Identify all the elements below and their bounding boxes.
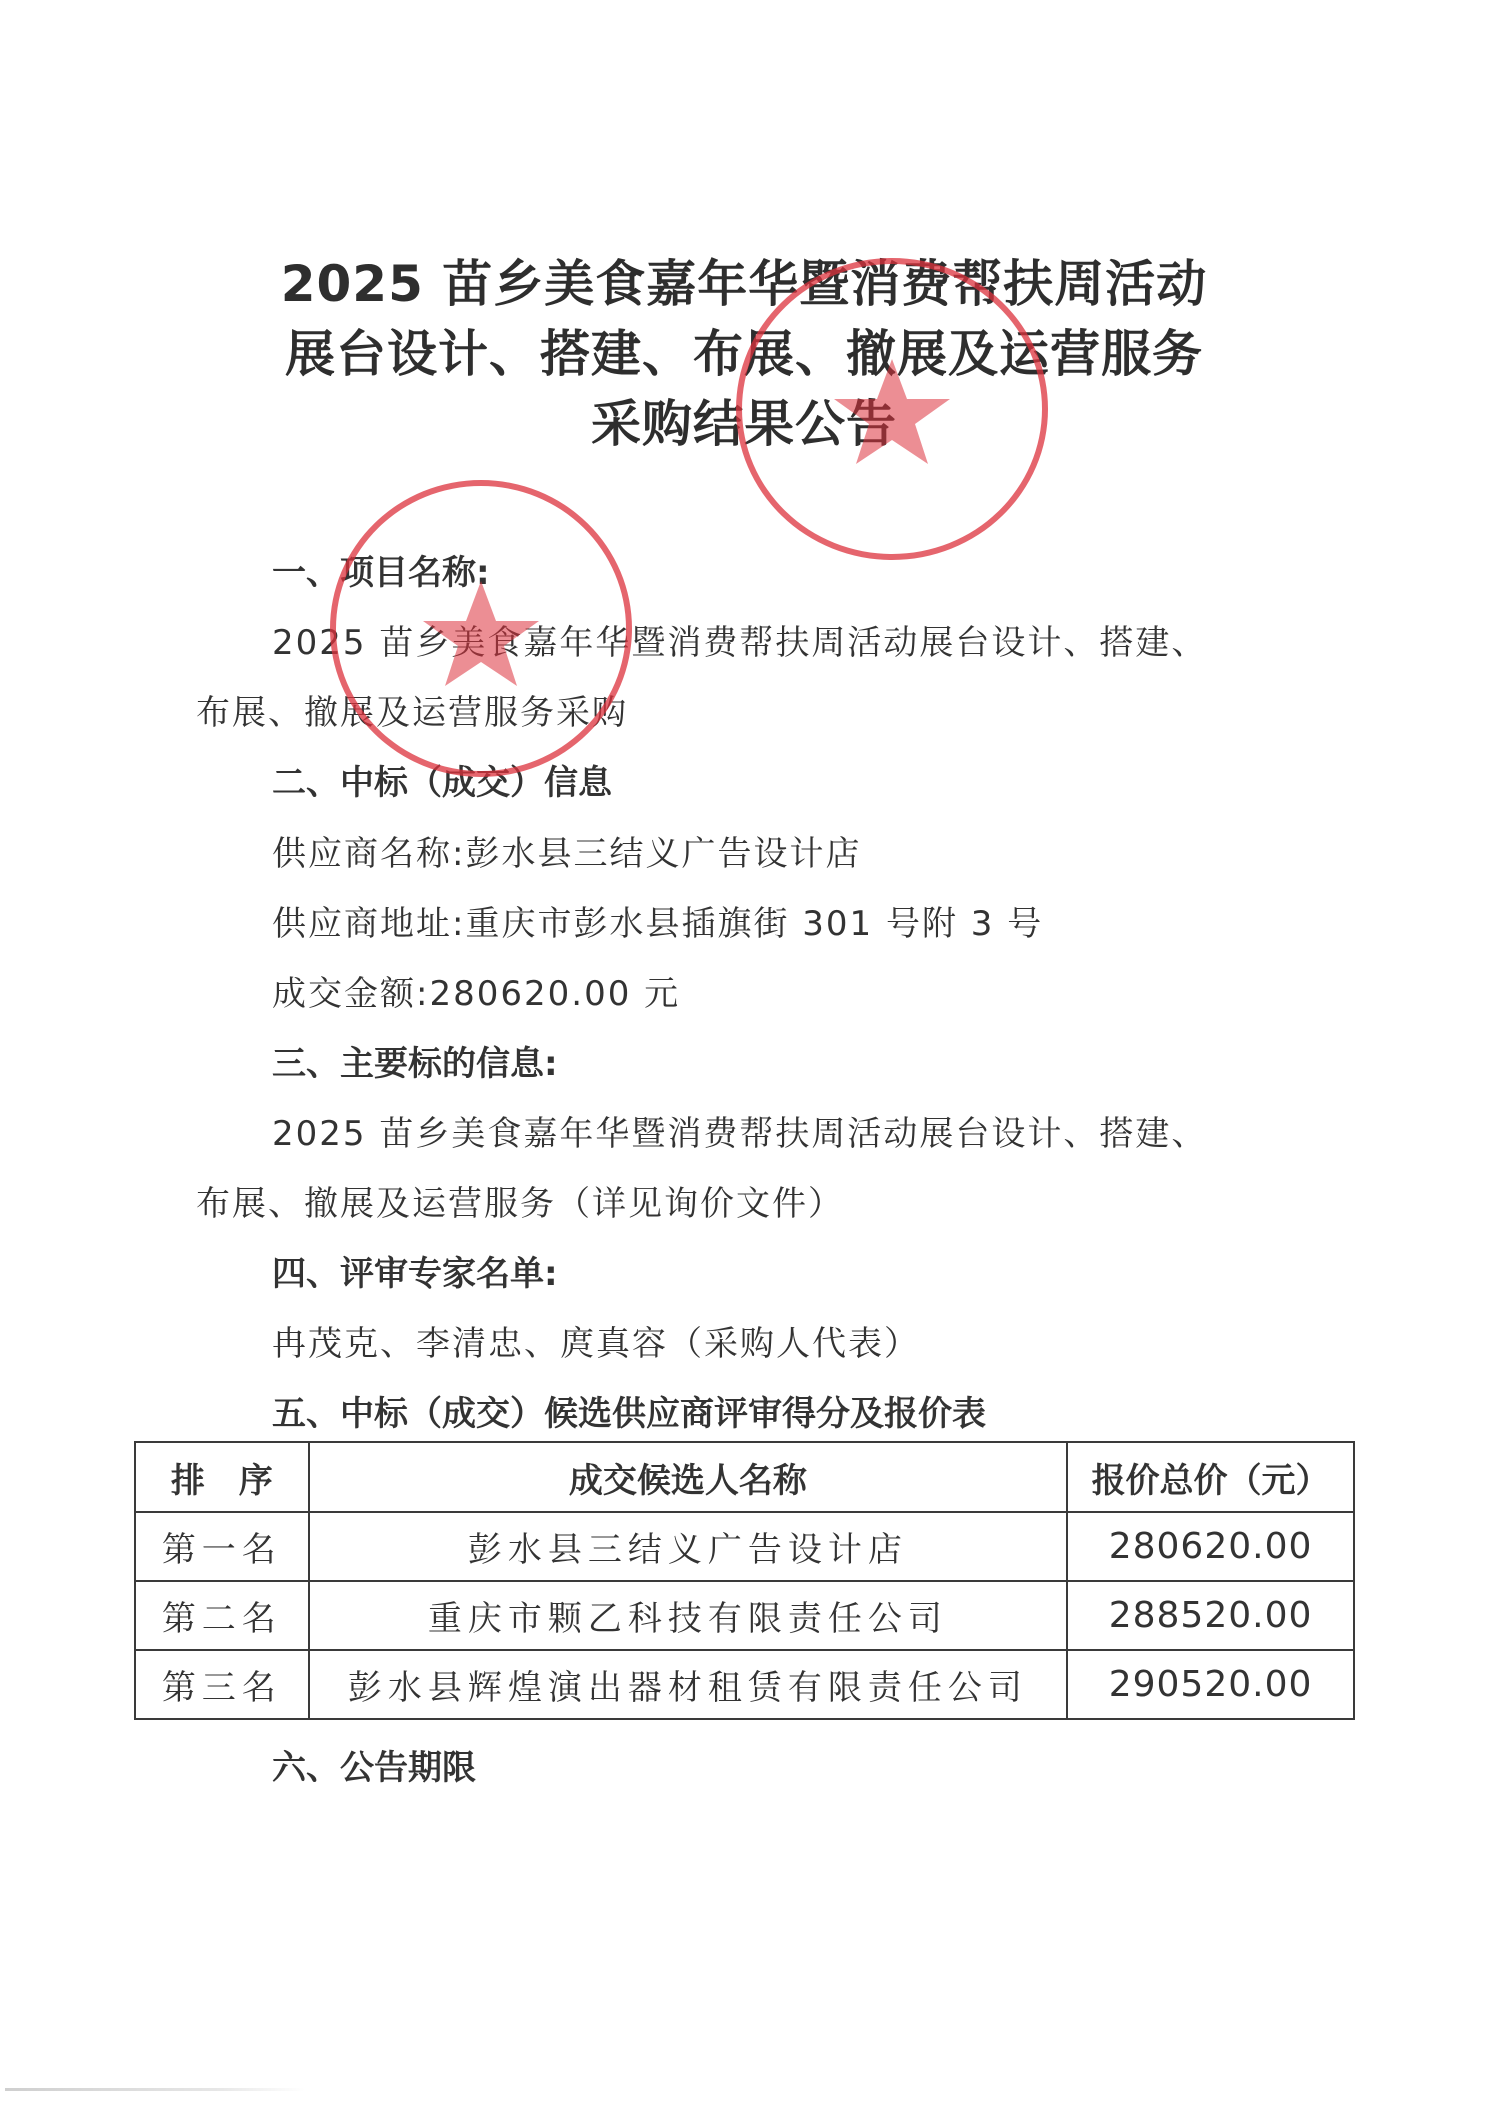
header-rank: 排 序 [135, 1442, 309, 1512]
candidate-ranking-table: 排 序 成交候选人名称 报价总价（元） 第一名 彭水县三结义广告设计店 2806… [134, 1441, 1355, 1720]
supplier-name-row: 供应商名称:彭水县三结义广告设计店 [272, 826, 861, 875]
table-row: 第三名 彭水县辉煌演出器材租赁有限责任公司 290520.00 [135, 1650, 1354, 1719]
candidate-name-cell: 重庆市颗乙科技有限责任公司 [309, 1581, 1068, 1650]
title-line-1: 2025 苗乡美食嘉年华暨消费帮扶周活动 [0, 254, 1488, 314]
supplier-name: 彭水县三结义广告设计店 [465, 834, 861, 874]
rank-cell: 第一名 [135, 1512, 309, 1581]
supplier-address-row: 供应商地址:重庆市彭水县插旗街 301 号附 3 号 [272, 896, 1043, 945]
table-row: 第一名 彭水县三结义广告设计店 280620.00 [135, 1512, 1354, 1581]
section-6-heading: 六、公告期限 [272, 1740, 476, 1789]
price-cell: 280620.00 [1067, 1512, 1354, 1581]
section-1-heading: 一、项目名称: [272, 545, 490, 594]
section-2-heading: 二、中标（成交）信息 [272, 755, 612, 804]
supplier-address: 重庆市彭水县插旗街 301 号附 3 号 [465, 904, 1043, 944]
deal-amount-row: 成交金额:280620.00 元 [272, 966, 680, 1015]
section-1-line-2: 布展、撤展及运营服务采购 [196, 685, 628, 734]
section-5-heading: 五、中标（成交）候选供应商评审得分及报价表 [272, 1386, 986, 1435]
header-total-price: 报价总价（元） [1067, 1442, 1354, 1512]
deal-amount-label: 成交金额: [272, 974, 429, 1014]
header-candidate-name: 成交候选人名称 [309, 1442, 1068, 1512]
candidate-name-cell: 彭水县三结义广告设计店 [309, 1512, 1068, 1581]
section-3-line-2: 布展、撤展及运营服务（详见询价文件） [196, 1176, 844, 1225]
expert-list: 冉茂克、李清忠、庹真容（采购人代表） [272, 1316, 920, 1365]
title-line-3: 采购结果公告 [0, 394, 1488, 454]
deal-amount: 280620.00 元 [429, 974, 680, 1014]
scan-edge-line [5, 2088, 305, 2091]
rank-cell: 第二名 [135, 1581, 309, 1650]
section-3-line-1: 2025 苗乡美食嘉年华暨消费帮扶周活动展台设计、搭建、 [272, 1106, 1207, 1155]
supplier-name-label: 供应商名称: [272, 834, 465, 874]
section-1-line-1: 2025 苗乡美食嘉年华暨消费帮扶周活动展台设计、搭建、 [272, 615, 1207, 664]
table-header-row: 排 序 成交候选人名称 报价总价（元） [135, 1442, 1354, 1512]
price-cell: 290520.00 [1067, 1650, 1354, 1719]
rank-cell: 第三名 [135, 1650, 309, 1719]
candidate-name-cell: 彭水县辉煌演出器材租赁有限责任公司 [309, 1650, 1068, 1719]
title-line-2: 展台设计、搭建、布展、撤展及运营服务 [0, 324, 1488, 384]
table-row: 第二名 重庆市颗乙科技有限责任公司 288520.00 [135, 1581, 1354, 1650]
price-cell: 288520.00 [1067, 1581, 1354, 1650]
supplier-address-label: 供应商地址: [272, 904, 465, 944]
document-page: 2025 苗乡美食嘉年华暨消费帮扶周活动 展台设计、搭建、布展、撤展及运营服务 … [0, 0, 1488, 2106]
section-3-heading: 三、主要标的信息: [272, 1036, 558, 1085]
section-4-heading: 四、评审专家名单: [272, 1246, 558, 1295]
